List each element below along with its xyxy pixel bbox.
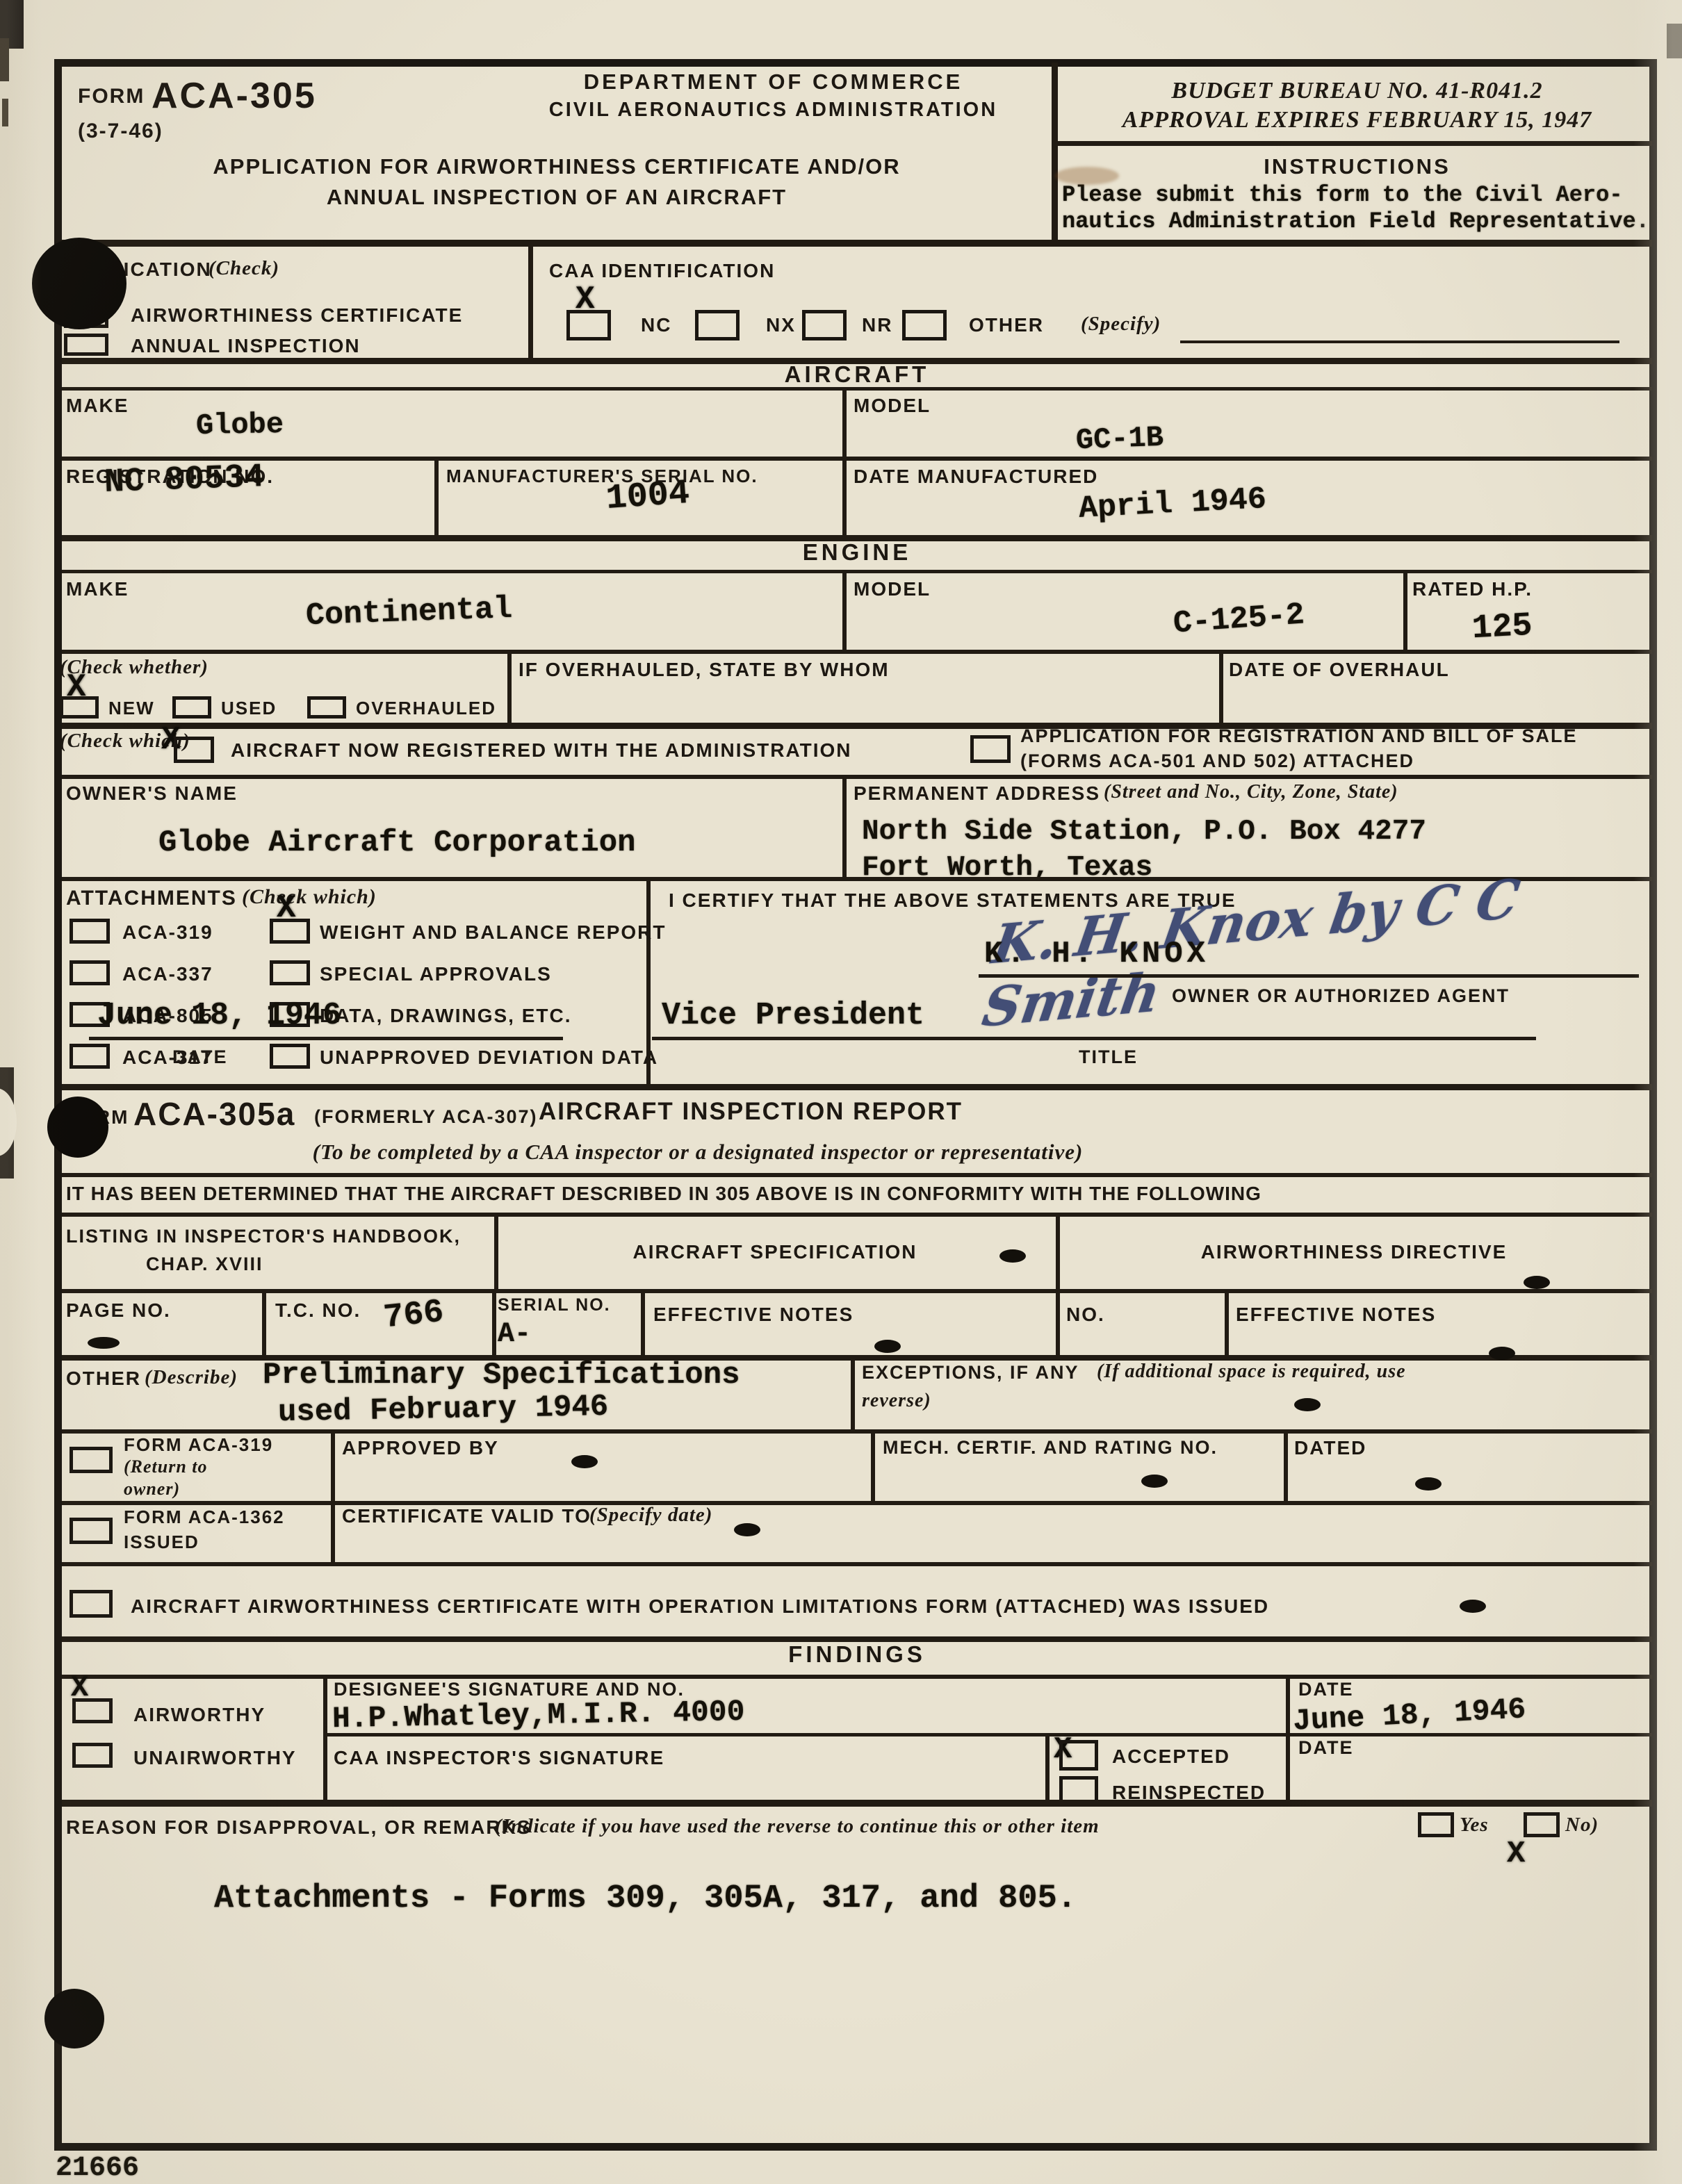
determination-statement: IT HAS BEEN DETERMINED THAT THE AIRCRAFT… [66, 1183, 1261, 1205]
handbook-label-line1: LISTING IN INSPECTOR'S HANDBOOK, [66, 1226, 461, 1247]
caa-other-label: OTHER [969, 314, 1044, 336]
instructions-line1: Please submit this form to the Civil Aer… [1062, 182, 1623, 208]
owner-address-divider [842, 775, 847, 877]
owner-name-value: Globe Aircraft Corporation [158, 826, 636, 860]
caa-inspector-signature-label: CAA INSPECTOR'S SIGNATURE [334, 1747, 664, 1769]
attachment-form-aca-337: ACA-337 [122, 963, 213, 985]
checkbox-aircraft-registered[interactable] [174, 737, 214, 763]
findings-date-label: DATE [1298, 1679, 1354, 1700]
serial-no-value: A- [498, 1319, 531, 1350]
certification-date-label: DATE [172, 1046, 228, 1068]
attachment-item-weight-balance: WEIGHT AND BALANCE REPORT [320, 921, 667, 944]
engine-used-label: USED [221, 698, 277, 719]
accepted-label: ACCEPTED [1112, 1746, 1230, 1768]
aircraft-make-value: Globe [196, 408, 284, 443]
directive-no-label: NO. [1066, 1304, 1105, 1326]
designee-signature-value: H.P.Whatley,M.I.R. 4000 [332, 1695, 745, 1736]
form-number-prefix: FORM [78, 85, 145, 108]
exceptions-label: EXCEPTIONS, IF ANY [862, 1362, 1079, 1384]
row-line [62, 775, 1652, 779]
row-line [62, 1173, 1652, 1177]
checkbox-registration-application[interactable] [970, 735, 1011, 763]
checkbox-accepted[interactable] [1059, 1740, 1098, 1771]
table-divider [641, 1289, 645, 1355]
certification-title-label: TITLE [1079, 1046, 1138, 1068]
inspection-subtitle: (To be completed by a CAA inspector or a… [62, 1140, 1334, 1165]
reg-serial-divider [434, 457, 439, 535]
attachments-note: Attachments - Forms 309, 305A, 317, and … [214, 1880, 1077, 1917]
caa-other-hint: (Specify) [1081, 313, 1161, 336]
hole-punch-bottom [44, 1989, 104, 2048]
checkbox-unapproved-deviation[interactable] [270, 1044, 310, 1069]
approval-expires: APPROVAL EXPIRES FEBRUARY 15, 1947 [1063, 107, 1651, 133]
date-manufactured-label: DATE MANUFACTURED [854, 466, 1098, 488]
checkbox-nx[interactable] [695, 310, 740, 340]
ink-blot-dated [1415, 1477, 1442, 1491]
certification-date-line [89, 1037, 563, 1040]
owner-name-label: OWNER'S NAME [66, 782, 238, 805]
attachment-item-unapproved-deviation: UNAPPROVED DEVIATION DATA [320, 1046, 658, 1069]
attachment-form-aca-319: ACA-319 [122, 921, 213, 944]
form-title-line1: APPLICATION FOR AIRWORTHINESS CERTIFICAT… [62, 154, 1052, 179]
form-aca-319-hint2: owner) [124, 1479, 180, 1500]
address-label: PERMANENT ADDRESS [854, 782, 1100, 805]
rated-hp-label: RATED H.P. [1412, 578, 1533, 600]
caa-other-specify-line [1180, 340, 1619, 343]
aircraft-make-label: MAKE [66, 395, 129, 417]
row-line [62, 1501, 1652, 1505]
row-line [62, 1213, 1652, 1217]
instructions-line2: nautics Administration Field Representat… [1062, 208, 1649, 234]
checkbox-other[interactable] [902, 310, 947, 340]
scan-edge-mark-top-right [1667, 24, 1682, 58]
table-divider [1225, 1289, 1229, 1355]
form-number: ACA-305 [152, 75, 317, 117]
exceptions-hint-line2: reverse) [862, 1390, 931, 1412]
section-line [62, 570, 1652, 573]
effective-notes-label-1: EFFECTIVE NOTES [653, 1304, 854, 1326]
approved-by-label: APPROVED BY [342, 1437, 499, 1459]
registered-option-label: AIRCRAFT NOW REGISTERED WITH THE ADMINIS… [231, 739, 852, 762]
checkbox-engine-overhauled[interactable] [307, 696, 346, 719]
inspector-date-label: DATE [1298, 1737, 1354, 1759]
handbook-label-line2: CHAP. XVIII [146, 1254, 263, 1275]
address-line1: North Side Station, P.O. Box 4277 [862, 816, 1426, 848]
aircraft-spec-header: AIRCRAFT SPECIFICATION [494, 1241, 1056, 1263]
checkbox-engine-new[interactable] [60, 696, 99, 719]
checkbox-aca-337[interactable] [70, 960, 110, 985]
aircraft-model-label: MODEL [854, 395, 931, 417]
ink-blot-spec [999, 1249, 1026, 1263]
table-divider [331, 1501, 335, 1562]
checkbox-aca-317[interactable] [70, 1044, 110, 1069]
table-divider [331, 1429, 335, 1501]
registration-application-line2: (FORMS ACA-501 AND 502) ATTACHED [1020, 750, 1414, 772]
ink-blot-directive [1524, 1276, 1550, 1289]
other-label: OTHER [66, 1368, 141, 1390]
other-hint: (Describe) [145, 1366, 238, 1389]
engine-overhauled-label: OVERHAULED [356, 698, 496, 719]
overhaul-by-label: IF OVERHAULED, STATE BY WHOM [519, 659, 890, 681]
overhaul-divider1 [507, 650, 512, 723]
certification-title-line [652, 1037, 1536, 1040]
row-line [62, 457, 1652, 461]
ink-blot-notes-1 [874, 1340, 901, 1353]
certificate-valid-hint: (Specify date) [589, 1504, 712, 1527]
form-aca-1362-label: FORM ACA-1362 [124, 1506, 285, 1528]
registration-value: NC 80534 [104, 459, 265, 502]
remarks-no-label: No) [1565, 1814, 1599, 1837]
checkbox-remarks-no[interactable] [1524, 1812, 1560, 1837]
unairworthy-label: UNAIRWORTHY [133, 1747, 297, 1769]
table-divider [871, 1429, 875, 1501]
inspection-form-number: ACA-305a [133, 1095, 295, 1133]
form-aca-1362-issued: ISSUED [124, 1532, 199, 1553]
make-model-divider [842, 387, 847, 535]
row-line [62, 1562, 1652, 1566]
caa-nx-label: NX [766, 314, 796, 336]
aircraft-model-value: GC-1B [1075, 421, 1164, 457]
findings-row-divider [323, 1733, 1652, 1736]
instructions-divider [1058, 141, 1652, 146]
section-line [62, 387, 1652, 391]
department-line2: CIVIL AERONAUTICS ADMINISTRATION [514, 99, 1032, 122]
row-line [62, 1289, 1652, 1293]
checkbox-certificate-issued[interactable] [70, 1590, 113, 1618]
form-title-line2: ANNUAL INSPECTION OF AN AIRCRAFT [62, 185, 1052, 210]
certificate-issued-statement: AIRCRAFT AIRWORTHINESS CERTIFICATE WITH … [131, 1595, 1269, 1618]
budget-bureau-no: BUDGET BUREAU NO. 41-R041.2 [1063, 78, 1651, 104]
serial-label: MANUFACTURER'S SERIAL NO. [446, 466, 758, 487]
ink-blot-issued [1460, 1600, 1486, 1613]
signature-line-label: OWNER OR AUTHORIZED AGENT [1172, 985, 1510, 1007]
header-right-divider [1052, 63, 1058, 240]
checkbox-airworthy[interactable] [72, 1698, 113, 1723]
rated-hp-value: 125 [1471, 607, 1533, 648]
other-value-line2: used February 1946 [278, 1390, 609, 1430]
form-aca-319-label: FORM ACA-319 [124, 1434, 273, 1456]
scan-edge-hole-arc [0, 1088, 17, 1156]
row-line [62, 650, 1652, 654]
address-hint: (Street and No., City, Zone, State) [1104, 781, 1398, 803]
checkbox-nc[interactable] [566, 310, 611, 340]
print-stamp-number: 21666 [56, 2153, 139, 2184]
row-line [62, 1429, 1652, 1434]
signature-line [979, 974, 1639, 978]
effective-notes-label-2: EFFECTIVE NOTES [1236, 1304, 1436, 1326]
findings-divider-accepted [1045, 1733, 1050, 1800]
table-divider [492, 1289, 496, 1355]
engine-hp-divider [1403, 570, 1407, 650]
application-option2-label: ANNUAL INSPECTION [131, 335, 361, 357]
form-aca-319-hint1: (Return to [124, 1456, 208, 1477]
checkbox-aca-319[interactable] [70, 919, 110, 944]
checkbox-nr[interactable] [802, 310, 847, 340]
checkbox-annual-inspection[interactable] [64, 334, 108, 356]
other-value-line1: Preliminary Specifications [263, 1358, 740, 1393]
table-divider [262, 1289, 266, 1355]
checkbox-form-aca-1362[interactable] [70, 1518, 113, 1544]
serial-value: 1004 [605, 474, 691, 519]
section-line [62, 240, 1652, 247]
paper-stain [1055, 167, 1119, 185]
checkbox-special-approvals[interactable] [270, 960, 310, 985]
engine-new-label: NEW [108, 698, 155, 719]
scan-edge-tick-1 [0, 38, 9, 81]
engine-make-value: Continental [305, 591, 513, 634]
remarks-hint: (Indicate if you have used the reverse t… [495, 1815, 1100, 1838]
instructions-title: INSTRUCTIONS [1063, 154, 1651, 179]
attachments-hint: (Check which) [242, 885, 377, 909]
hole-punch-middle [47, 1097, 108, 1158]
hole-punch-top [32, 238, 126, 329]
overhaul-date-label: DATE OF OVERHAUL [1229, 659, 1450, 681]
inspection-title: AIRCRAFT INSPECTION REPORT [487, 1098, 1015, 1126]
checkbox-weight-balance[interactable] [270, 919, 310, 944]
form-revision: (3-7-46) [78, 120, 163, 143]
findings-divider-date [1286, 1675, 1290, 1800]
page-no-label: PAGE NO. [66, 1299, 171, 1322]
serial-no-label: SERIAL NO. [498, 1295, 611, 1315]
exceptions-divider [851, 1355, 855, 1429]
signee-typed-name: K. H. KNOX [984, 937, 1209, 971]
engine-model-divider [842, 570, 847, 650]
section-line [62, 1800, 1652, 1807]
engine-model-label: MODEL [854, 578, 931, 600]
registration-application-line1: APPLICATION FOR REGISTRATION AND BILL OF… [1020, 725, 1578, 747]
engine-section-title: ENGINE [62, 539, 1652, 566]
certification-title-value: Vice President [662, 998, 924, 1033]
airworthy-label: AIRWORTHY [133, 1704, 266, 1726]
dated-label: DATED [1294, 1437, 1366, 1459]
checkbox-unairworthy[interactable] [72, 1743, 113, 1768]
table-divider [1284, 1429, 1288, 1501]
attachment-item-data-drawings: DATA, DRAWINGS, ETC. [320, 1005, 572, 1027]
tc-no-value: 766 [382, 1294, 446, 1338]
certificate-valid-label: CERTIFICATE VALID TO [342, 1505, 591, 1527]
caa-nr-label: NR [862, 314, 892, 336]
remarks-xmark: X [1507, 1839, 1525, 1869]
scanned-form-aca-305: FORM ACA-305 (3-7-46) DEPARTMENT OF COMM… [0, 0, 1682, 2184]
mech-certif-label: MECH. CERTIF. AND RATING NO. [883, 1437, 1218, 1459]
airworthiness-directive-header: AIRWORTHINESS DIRECTIVE [1056, 1241, 1652, 1263]
remarks-label: REASON FOR DISAPPROVAL, OR REMARKS [66, 1816, 532, 1839]
findings-divider-left [323, 1675, 327, 1800]
findings-section-title: FINDINGS [62, 1641, 1652, 1668]
table-divider [1056, 1289, 1060, 1355]
ink-blot-valid-to [734, 1523, 760, 1536]
caa-identification-label: CAA IDENTIFICATION [549, 260, 775, 282]
attachment-item-special-approvals: SPECIAL APPROVALS [320, 963, 552, 985]
certification-date-value: June 18, 1946 [97, 998, 341, 1033]
tc-no-label: T.C. NO. [275, 1299, 361, 1322]
remarks-yes-label: Yes [1460, 1814, 1489, 1837]
checkbox-engine-used[interactable] [172, 696, 211, 719]
exceptions-hint-line1: (If additional space is required, use [1097, 1361, 1406, 1383]
department-line1: DEPARTMENT OF COMMERCE [514, 69, 1032, 95]
checkbox-form-aca-319-return[interactable] [70, 1447, 113, 1473]
section-line [62, 1675, 1652, 1679]
attachments-label: ATTACHMENTS [66, 887, 237, 910]
caa-nc-label: NC [641, 314, 671, 336]
aircraft-section-title: AIRCRAFT [62, 361, 1652, 388]
ink-blot-exceptions [1294, 1398, 1321, 1411]
app-caa-divider [528, 240, 533, 358]
ink-blot-mech [1141, 1475, 1168, 1488]
ink-blot-page-no [88, 1337, 120, 1349]
application-option1-label: AIRWORTHINESS CERTIFICATE [131, 304, 463, 327]
scan-edge-tick-2 [2, 99, 8, 126]
overhaul-divider2 [1219, 650, 1223, 723]
ink-blot-notes-2 [1489, 1347, 1515, 1360]
ink-blot-approved [571, 1455, 598, 1468]
checkbox-remarks-yes[interactable] [1418, 1812, 1454, 1837]
engine-make-label: MAKE [66, 578, 129, 600]
section-line [62, 1084, 1652, 1090]
application-hint: (Check) [209, 257, 279, 280]
